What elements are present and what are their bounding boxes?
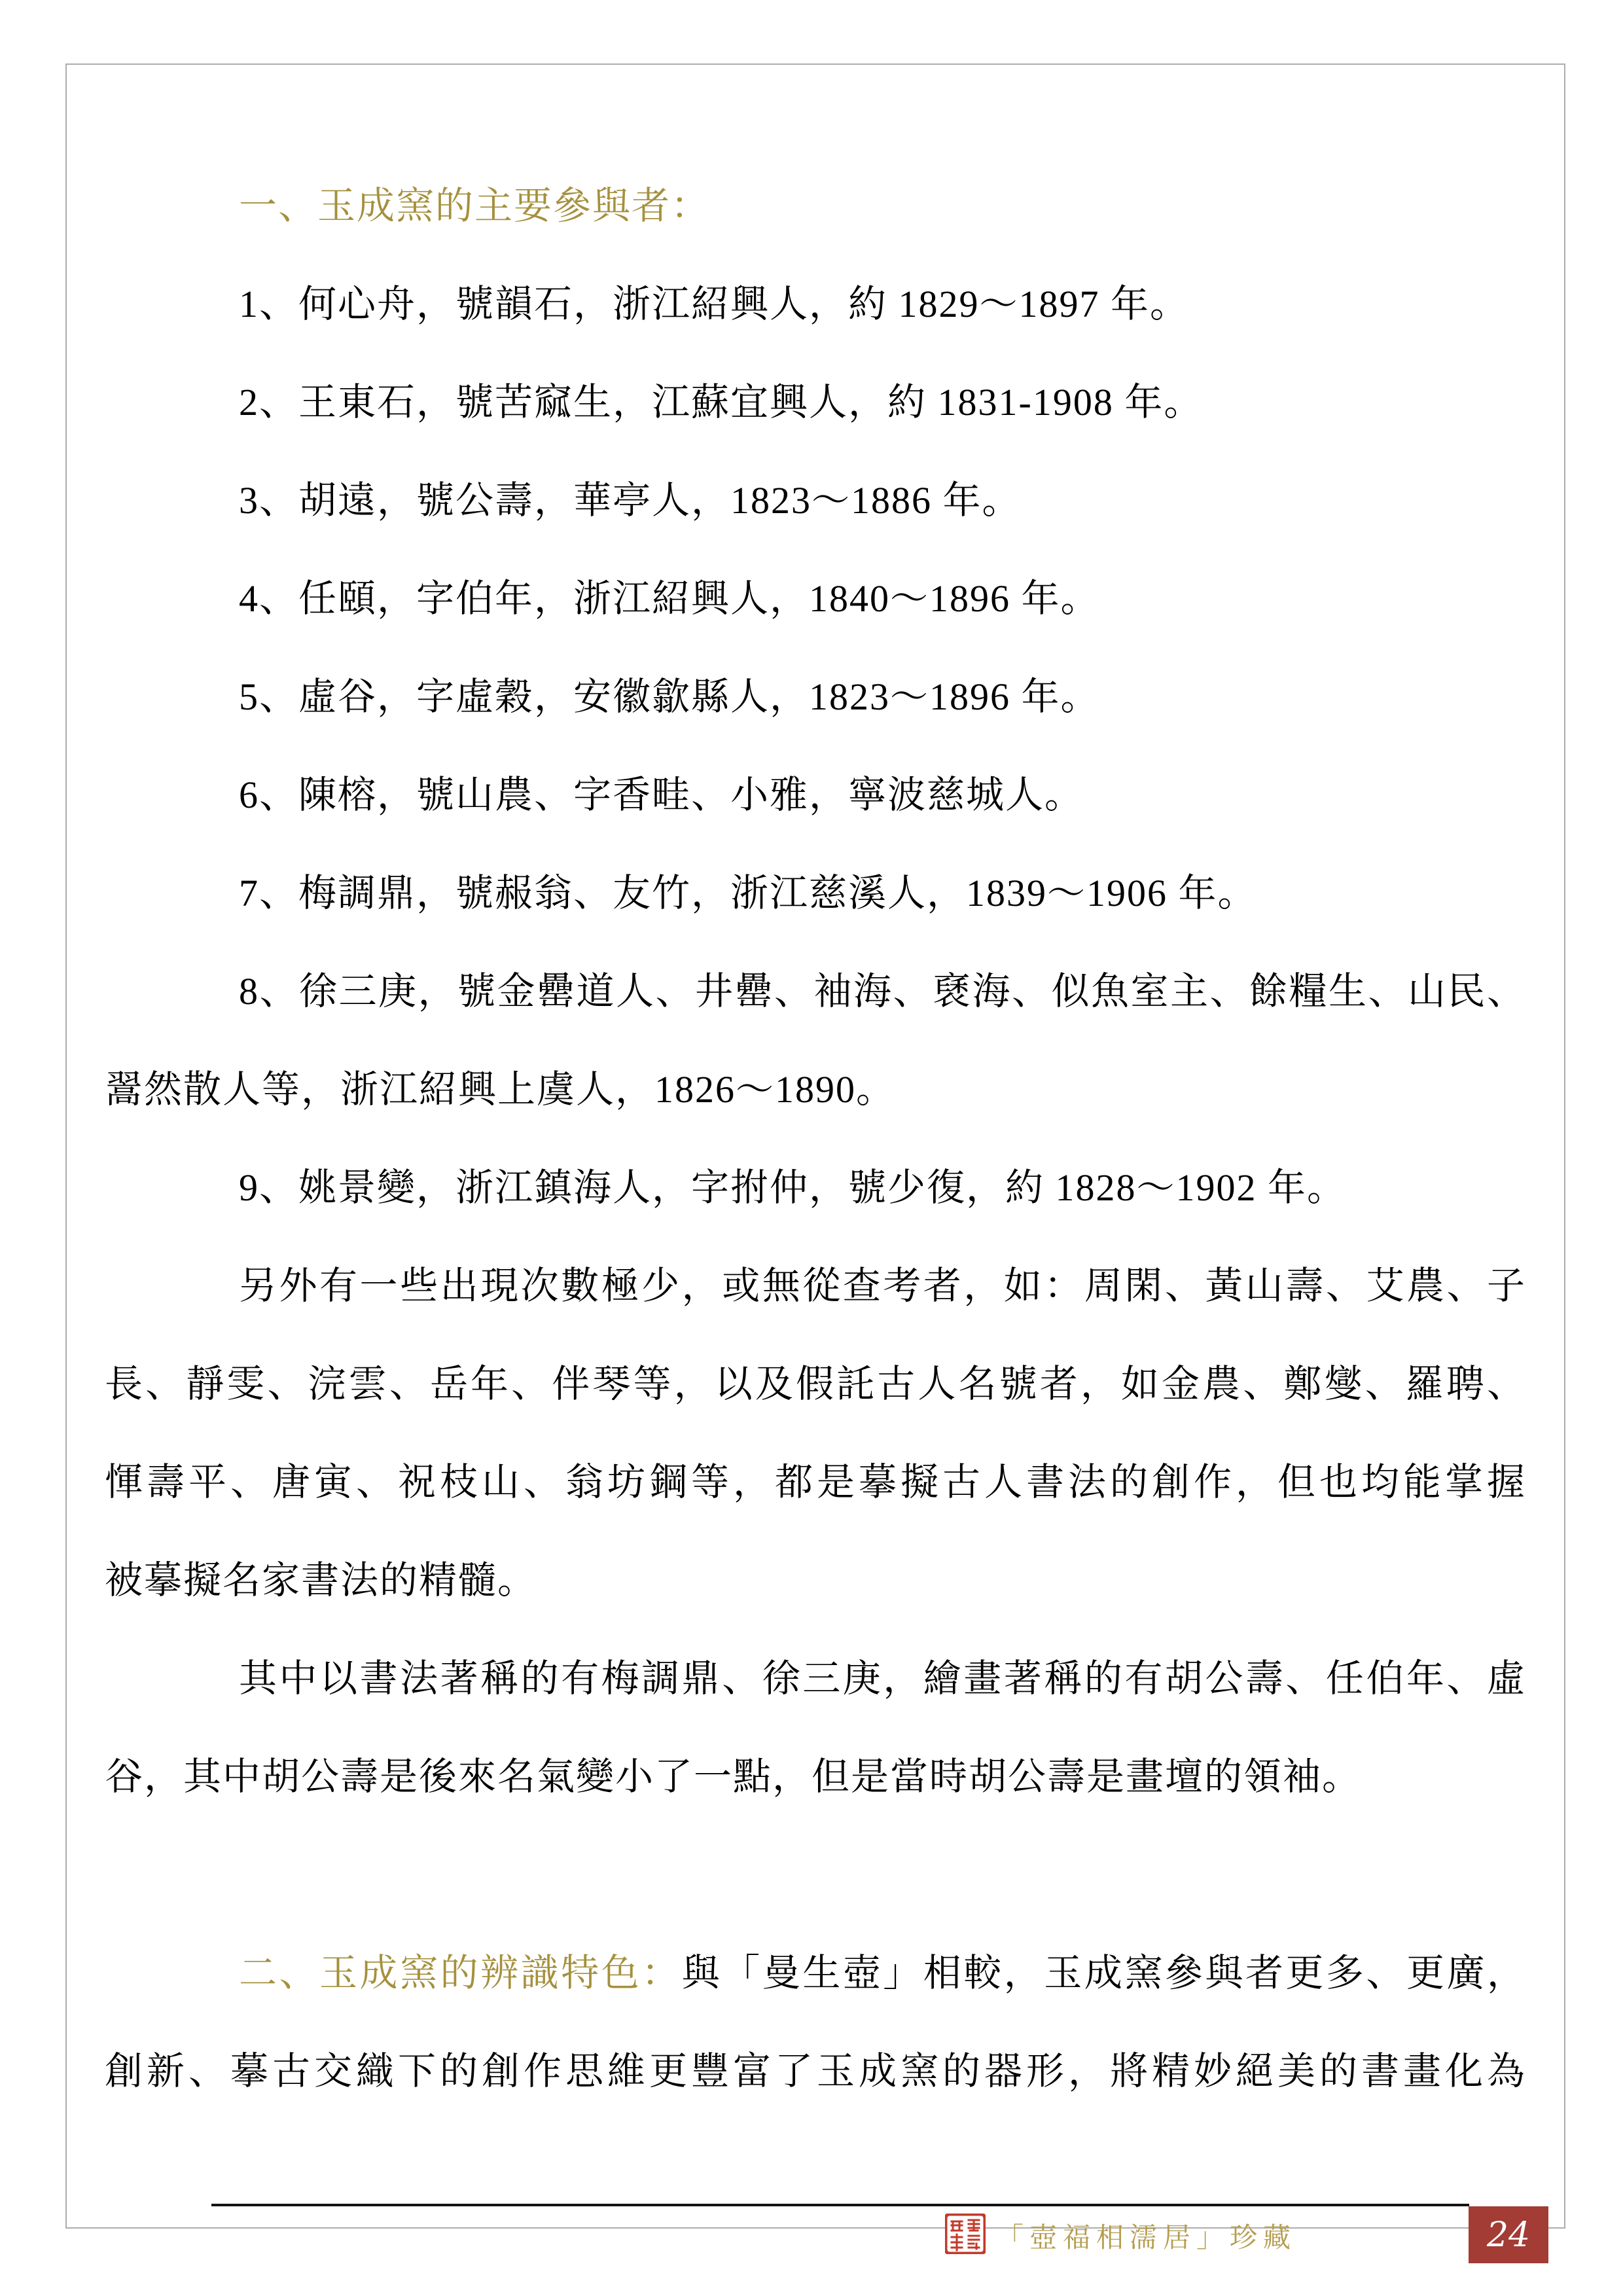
- page-number: 24: [1487, 2215, 1530, 2255]
- list-item-9: 9、姚景變，浙江鎮海人，字拊仲，號少復，約 1828～1902 年。: [105, 1165, 1526, 1211]
- collection-seal-icon: [945, 2214, 986, 2254]
- paragraph-famous-line-2: 谷，其中胡公壽是後來名氣變小了一點，但是當時胡公壽是畫壇的領袖。: [105, 1754, 1526, 1800]
- footer-collection-title: 「壺福相濡居」珍藏: [996, 2216, 1296, 2255]
- list-item-1: 1、何心舟，號韻石，浙江紹興人，約 1829～1897 年。: [105, 281, 1526, 327]
- heading-identification-line: 二、玉成窯的辨識特色：與「曼生壺」相較，玉成窯參與者更多、更廣，: [105, 1950, 1526, 1996]
- list-item-5: 5、虛谷，字虛穀，安徽歙縣人，1823～1896 年。: [105, 674, 1526, 720]
- list-item-7: 7、梅調鼎，號赧翁、友竹，浙江慈溪人，1839～1906 年。: [105, 870, 1526, 916]
- list-item-2: 2、王東石，號苦窳生，江蘇宜興人，約 1831-1908 年。: [105, 380, 1526, 425]
- footer-divider-line: [211, 2204, 1469, 2206]
- list-item-3: 3、胡遠，號公壽，華亭人，1823～1886 年。: [105, 478, 1526, 524]
- list-item-8-continued: 翯然散人等，浙江紹興上虞人，1826～1890。: [105, 1067, 1526, 1113]
- list-item-4: 4、任頤，字伯年，浙江紹興人，1840～1896 年。: [105, 576, 1526, 622]
- paragraph-others-line-1: 另外有一些出現次數極少，或無從查考者，如：周閑、黃山壽、艾農、子: [105, 1263, 1526, 1309]
- paragraph-famous-line-1: 其中以書法著稱的有梅調鼎、徐三庚，繪畫著稱的有胡公壽、任伯年、虛: [105, 1656, 1526, 1702]
- heading-identification-label: 二、玉成窯的辨識特色：: [239, 1952, 682, 1994]
- paragraph-identification-line-2: 創新、摹古交織下的創作思維更豐富了玉成窯的器形，將精妙絕美的書畫化為: [105, 2049, 1526, 2094]
- paragraph-others-line-2: 長、靜雯、浣雲、岳年、伴琴等，以及假託古人名號者，如金農、鄭燮、羅聘、: [105, 1361, 1526, 1407]
- document-page: { "colors": { "heading_accent": "#a5903c…: [0, 0, 1623, 2296]
- list-item-6: 6、陳榕，號山農、字香畦、小雅，寧波慈城人。: [105, 772, 1526, 818]
- paragraph-others-line-4: 被摹擬名家書法的精髓。: [105, 1558, 1526, 1604]
- list-item-8: 8、徐三庚，號金罍道人、井罍、袖海、褎海、似魚室主、餘糧生、山民、: [105, 969, 1526, 1014]
- heading-participants: 一、玉成窯的主要參與者：: [105, 183, 1526, 229]
- heading-identification-text: 與「曼生壺」相較，玉成窯參與者更多、更廣，: [682, 1952, 1526, 1994]
- page-number-box: 24: [1469, 2206, 1548, 2263]
- paragraph-others-line-3: 惲壽平、唐寅、祝枝山、翁坊鋼等，都是摹擬古人書法的創作，但也均能掌握: [105, 1460, 1526, 1505]
